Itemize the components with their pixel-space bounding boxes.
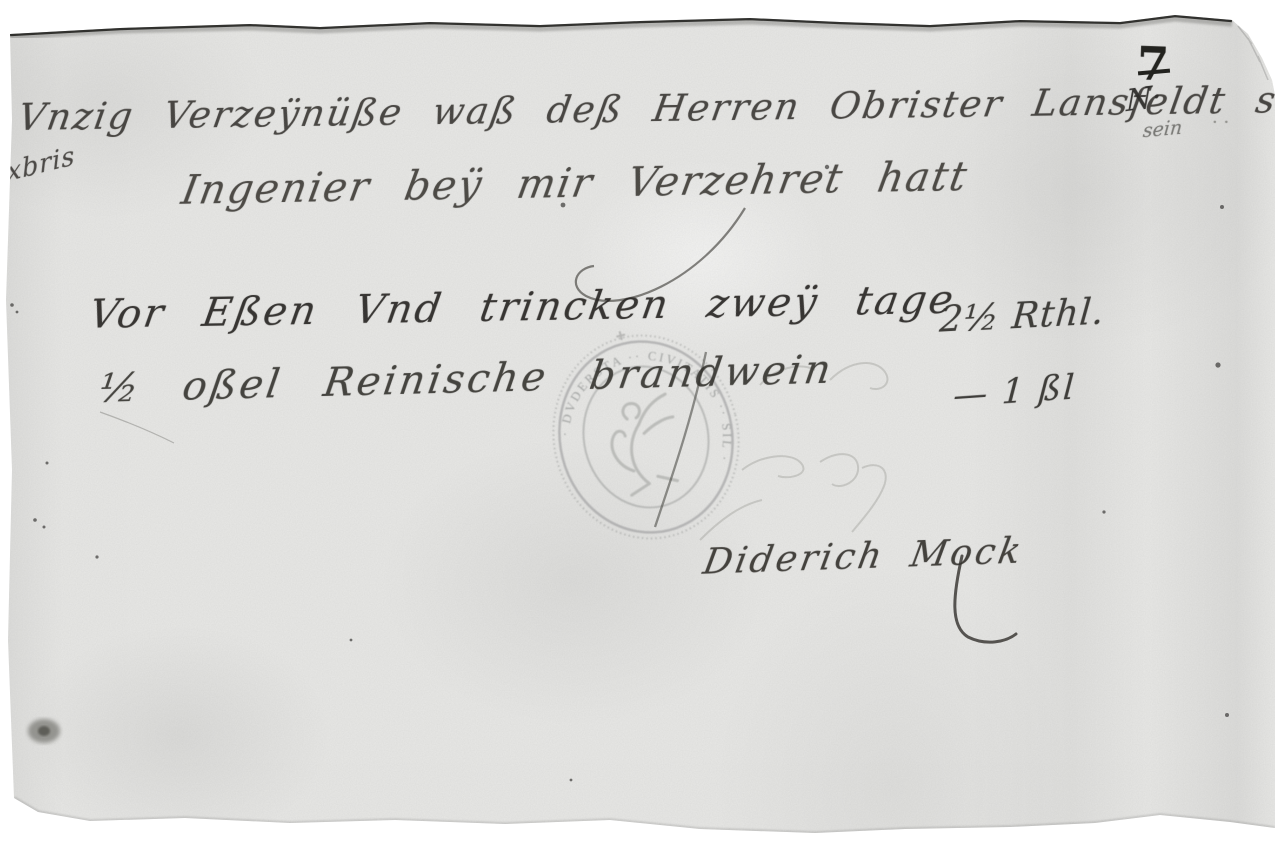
handwriting-item-1: Vor Eßen Vnd trincken zweÿ tage <box>86 277 959 338</box>
ink-specks <box>10 165 1229 782</box>
handwriting-item-2: ½ oßel Reinische brandwein <box>96 347 837 412</box>
rampant-lion-icon <box>603 394 689 497</box>
corner-tear-lines <box>1238 26 1268 80</box>
top-edge-shadow <box>10 18 1232 36</box>
corner-small-word: sein <box>1142 116 1183 142</box>
signature: Diderich Mock <box>700 531 1027 583</box>
corner-faint-dots: · · <box>1212 112 1229 133</box>
handwriting-margin-word: xbris <box>6 141 76 188</box>
handwriting-item-1-amount: 2½ Rthl. <box>938 291 1106 341</box>
handwriting-title-line-1: Vnzig Verzeÿnüße waß deß Herren Obrister… <box>15 77 1275 139</box>
ink-blot <box>28 719 60 743</box>
handwriting-item-2-amount: — 1 ßl <box>952 367 1077 416</box>
torn-bottom-edge <box>14 798 1275 833</box>
ink-stamp-seal: · DVDERSTA ·· CIVITATIS ·· SIL · <box>530 309 760 558</box>
scanned-document: · DVDERSTA ·· CIVITATIS ·· SIL · <box>0 0 1275 855</box>
corner-annotation: N· <box>1126 79 1161 119</box>
stray-hairline-stroke <box>100 412 174 443</box>
paper-sheet: · DVDERSTA ·· CIVITATIS ·· SIL · <box>0 0 1275 855</box>
handwriting-title-line-2: Ingenier beÿ mir Verzehret hatt <box>178 154 972 214</box>
torn-top-edge <box>10 15 1232 34</box>
seal-cross-icon <box>615 330 626 341</box>
